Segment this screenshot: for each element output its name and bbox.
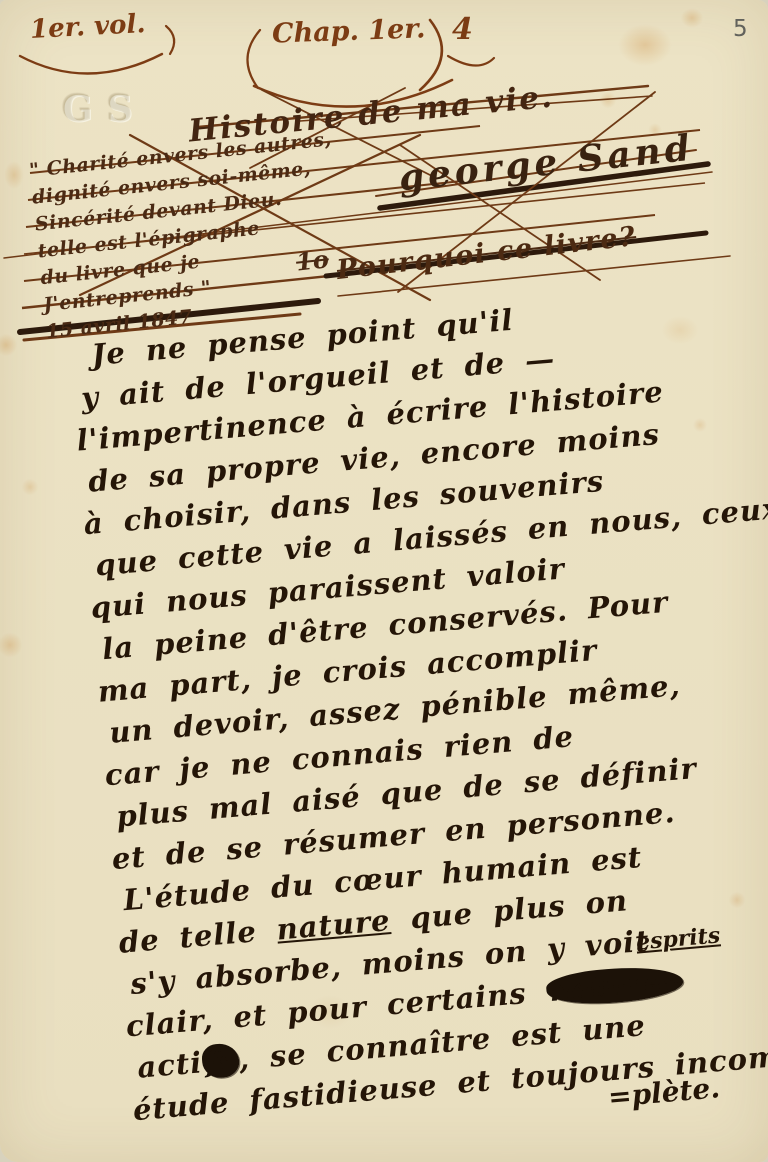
volume-label: 1er. vol.	[29, 9, 146, 45]
leaf-number: 4	[452, 12, 473, 47]
insertion-mark: 1o	[295, 244, 331, 276]
volume-underline-flourish	[20, 54, 162, 74]
struck-subtitle: Pourquoi ce livre?	[335, 221, 638, 286]
struck-signature: george Sand	[397, 127, 696, 200]
volume-tail-flourish	[166, 26, 174, 54]
blind-stamp-initials: GS	[62, 88, 147, 130]
leaf-number-flourish	[448, 56, 494, 66]
chapter-open-paren	[247, 30, 260, 88]
inline-mark: nature	[275, 903, 392, 946]
chapter-label: Chap. 1er.	[272, 13, 426, 49]
page-number: 5	[733, 16, 748, 42]
ink-blot-correction: fs	[201, 1042, 241, 1079]
manuscript-body: Je ne pense point qu'ily ait de l'orguei…	[68, 280, 768, 1131]
manuscript-page: 1er. vol. Chap. 1er. 4 5 GS Histoire de …	[0, 0, 768, 1162]
epigraph-block: " Charité envers les autres,dignité enve…	[28, 126, 350, 346]
ink-blot-correction: natures	[545, 963, 685, 1008]
